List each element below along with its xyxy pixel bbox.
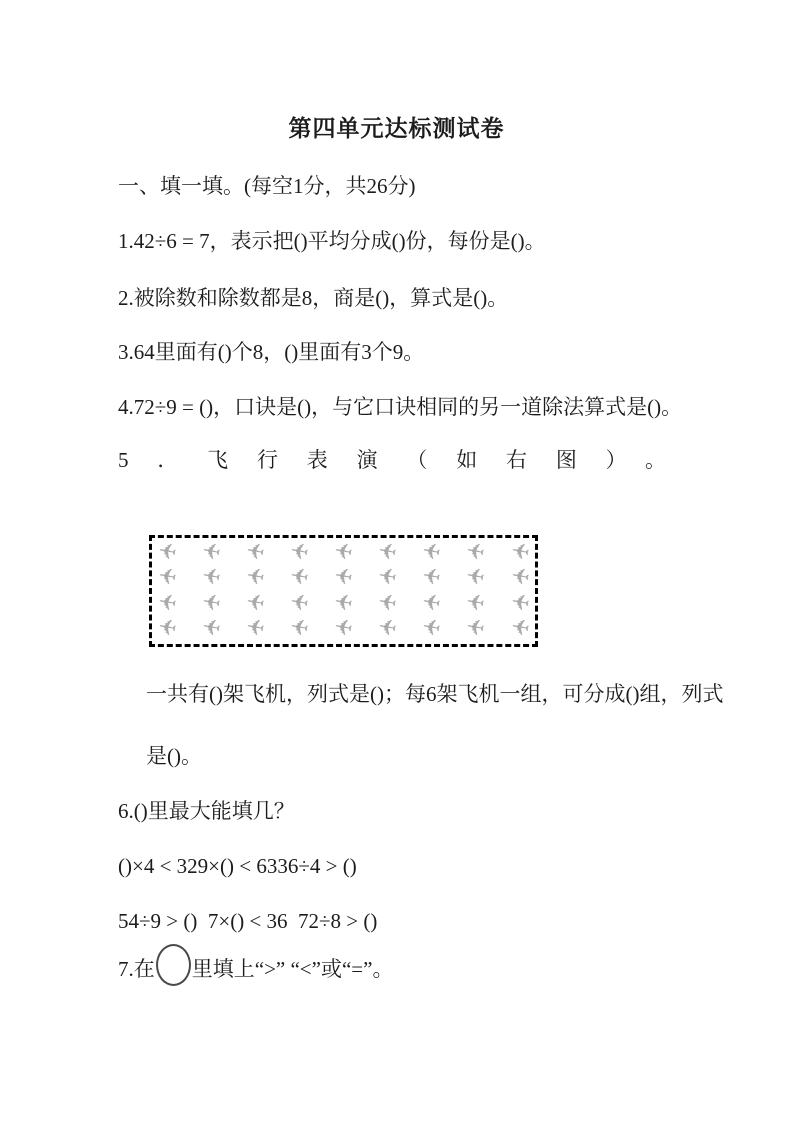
- question-6-expression-2: 54÷9 > () 7×() < 36 72÷8 > (): [118, 909, 377, 933]
- airplane-row: ✈✈✈✈✈✈✈✈✈: [158, 542, 529, 564]
- airplane-icon: ✈: [332, 617, 354, 642]
- answer-circle-blank: [156, 944, 191, 986]
- airplane-icon: ✈: [421, 540, 443, 565]
- airplane-icon: ✈: [288, 540, 310, 565]
- airplane-icon: ✈: [156, 540, 178, 565]
- airplane-row: ✈✈✈✈✈✈✈✈✈: [158, 618, 529, 640]
- question-4: 4.72÷9 = ()，口诀是()，与它口诀相同的另一道除法算式是()。: [118, 395, 682, 419]
- question-6: 6.()里最大能填几？: [118, 799, 295, 823]
- airplane-icon: ✈: [421, 617, 443, 642]
- airplane-icon: ✈: [288, 566, 310, 591]
- airplane-icon: ✈: [332, 566, 354, 591]
- airplane-icon: ✈: [244, 540, 266, 565]
- question-5-continuation-line1: 一共有()架飞机，列式是()；每6架飞机一组，可分成()组，列式: [146, 682, 723, 706]
- airplane-icon: ✈: [244, 566, 266, 591]
- airplane-row: ✈✈✈✈✈✈✈✈✈: [158, 593, 529, 615]
- airplane-icon: ✈: [377, 591, 399, 616]
- page-title: 第四单元达标测试卷: [0, 110, 793, 143]
- airplane-icon: ✈: [377, 540, 399, 565]
- airplane-icon: ✈: [421, 591, 443, 616]
- airplane-icon: ✈: [509, 591, 531, 616]
- airplane-icon: ✈: [200, 540, 222, 565]
- airplane-icon: ✈: [244, 617, 266, 642]
- airplane-row: ✈✈✈✈✈✈✈✈✈: [158, 567, 529, 589]
- test-paper-page: 第四单元达标测试卷 一、填一填。(每空1分，共26分) 1.42÷6 = 7，表…: [0, 0, 793, 1122]
- airplane-icon: ✈: [200, 566, 222, 591]
- airplane-icon: ✈: [244, 591, 266, 616]
- airplane-icon: ✈: [509, 566, 531, 591]
- airplane-icon: ✈: [509, 617, 531, 642]
- question-5: 5．飞行表演（如右图）。: [118, 448, 666, 472]
- airplane-icon: ✈: [200, 617, 222, 642]
- airplane-icon: ✈: [200, 591, 222, 616]
- airplane-icon: ✈: [465, 617, 487, 642]
- question-7-prefix: 7.在: [118, 953, 155, 983]
- question-6-expression-1: ()×4 < 329×() < 6336÷4 > (): [118, 854, 357, 878]
- airplane-icon: ✈: [288, 591, 310, 616]
- airplane-icon: ✈: [332, 591, 354, 616]
- question-2: 2.被除数和除数都是8，商是()，算式是()。: [118, 286, 508, 310]
- airplane-icon: ✈: [465, 591, 487, 616]
- airplane-icon: ✈: [377, 566, 399, 591]
- airplane-icon: ✈: [465, 566, 487, 591]
- question-1: 1.42÷6 = 7，表示把()平均分成()份，每份是()。: [118, 229, 546, 253]
- airplane-icon: ✈: [156, 566, 178, 591]
- airplane-figure-box: ✈✈✈✈✈✈✈✈✈✈✈✈✈✈✈✈✈✈✈✈✈✈✈✈✈✈✈✈✈✈✈✈✈✈✈✈: [149, 535, 538, 647]
- airplane-icon: ✈: [332, 540, 354, 565]
- airplane-icon: ✈: [156, 591, 178, 616]
- question-7: 7.在 里填上“>” “<”或“=”。: [118, 946, 393, 990]
- section-heading: 一、填一填。(每空1分，共26分): [118, 174, 416, 198]
- airplane-icon: ✈: [509, 540, 531, 565]
- airplane-icon: ✈: [421, 566, 443, 591]
- airplane-icon: ✈: [288, 617, 310, 642]
- question-3: 3.64里面有()个8，()里面有3个9。: [118, 340, 424, 364]
- question-7-suffix: 里填上“>” “<”或“=”。: [192, 953, 394, 983]
- question-5-continuation-line2: 是()。: [146, 744, 202, 768]
- airplane-icon: ✈: [465, 540, 487, 565]
- airplane-icon: ✈: [377, 617, 399, 642]
- airplane-icon: ✈: [156, 617, 178, 642]
